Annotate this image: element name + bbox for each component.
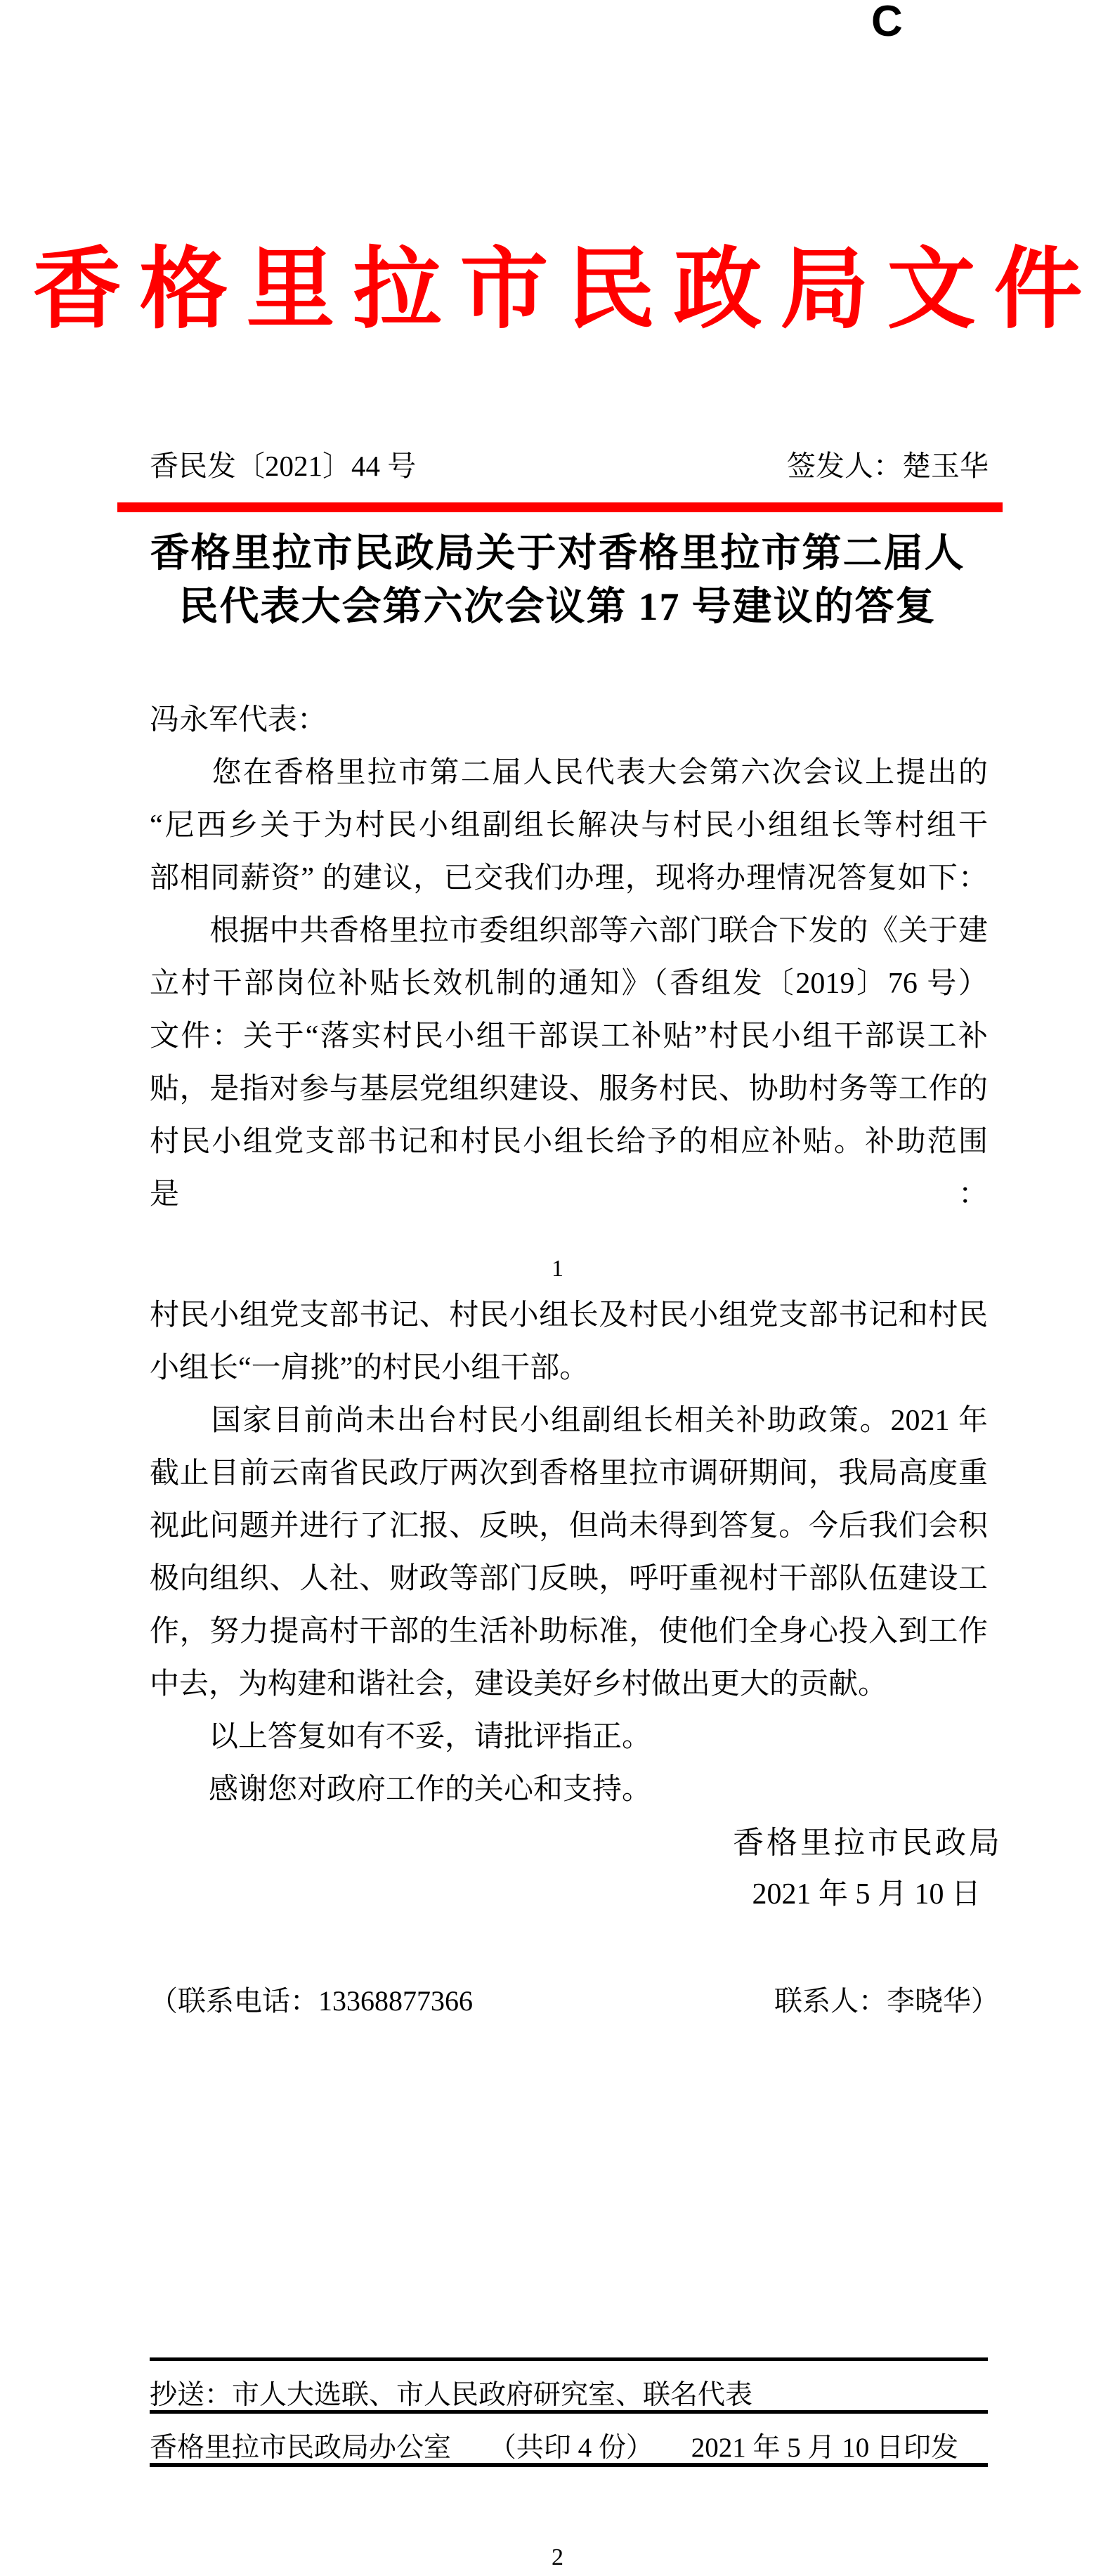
- red-divider-rule: [117, 502, 1003, 512]
- body-page2: 村民小组党支部书记、村民小组长及村民小组党支部书记和村民小组长“一肩挑”的村民小…: [150, 1289, 988, 1816]
- contact-person: 联系人：李晓华）: [774, 1983, 999, 2019]
- page-number-2: 2: [0, 2544, 1115, 2572]
- doc-number: 香民发〔2021〕44 号: [150, 447, 416, 485]
- document-title-line2: 民代表大会第六次会议第 17 号建议的答复: [0, 580, 1115, 634]
- body-line: 作，努力提高村干部的生活补助标准，使他们全身心投入到工作: [150, 1606, 988, 1658]
- print-date: 2021 年 5 月 10 日印发: [691, 2432, 988, 2464]
- doc-number-row: 香民发〔2021〕44 号 签发人：楚玉华: [150, 447, 989, 485]
- body-line: 中去，为构建和谐社会，建设美好乡村做出更大的贡献。: [150, 1658, 988, 1711]
- body-line: “尼西乡关于为村民小组副组长解决与村民小组组长等村组干: [150, 800, 988, 852]
- signature-org: 香格里拉市民政局: [150, 1824, 1003, 1862]
- body-line: 您在香格里拉市第二届人民代表大会第六次会议上提出的: [150, 747, 988, 800]
- document-title-line1: 香格里拉市民政局关于对香格里拉市第二届人: [0, 527, 1115, 580]
- body-line: 极向组织、人社、财政等部门反映，呼吁重视村干部队伍建设工: [150, 1553, 988, 1606]
- body-line: 小组长“一肩挑”的村民小组干部。: [150, 1342, 988, 1395]
- body-line: 视此问题并进行了汇报、反映，但尚未得到答复。今后我们会积: [150, 1500, 988, 1553]
- issuing-office: 香格里拉市民政局办公室: [150, 2432, 451, 2464]
- footer-rule-bottom: [150, 2463, 988, 2467]
- page-number-1: 1: [0, 1255, 1115, 1283]
- red-letterhead-title: 香格里拉市民政局文件: [0, 243, 1115, 339]
- body-line: 国家目前尚未出台村民小组副组长相关补助政策。2021 年: [150, 1395, 988, 1448]
- body-line: 以上答复如有不妥，请批评指正。: [150, 1711, 988, 1764]
- body-line: 文件：关于“落实村民小组干部误工补贴”村民小组干部误工补: [150, 1010, 988, 1063]
- body-page1: 冯永军代表： 您在香格里拉市第二届人民代表大会第六次会议上提出的“尼西乡关于为村…: [150, 694, 988, 1221]
- corner-mark: C: [871, 0, 903, 44]
- print-info-row: 香格里拉市民政局办公室 （共印 4 份） 2021 年 5 月 10 日印发: [150, 2432, 988, 2464]
- body-line: 立村干部岗位补贴长效机制的通知》（香组发〔2019〕76 号）: [150, 958, 988, 1010]
- contact-row: （联系电话：13368877366 联系人：李晓华）: [150, 1983, 999, 2019]
- body-line: 贴，是指对参与基层党组织建设、服务村民、协助村务等工作的: [150, 1063, 988, 1116]
- contact-phone: （联系电话：13368877366: [150, 1983, 473, 2019]
- signature-date: 2021 年 5 月 10 日: [150, 1876, 981, 1913]
- body-line: 部相同薪资” 的建议，已交我们办理，现将办理情况答复如下：: [150, 852, 988, 905]
- document-title: 香格里拉市民政局关于对香格里拉市第二届人 民代表大会第六次会议第 17 号建议的…: [0, 527, 1115, 634]
- issuer-label: 签发人：楚玉华: [787, 447, 989, 485]
- body-line: 根据中共香格里拉市委组织部等六部门联合下发的《关于建: [150, 905, 988, 958]
- cc-line: 抄送：市人大选联、市人民政府研究室、联名代表: [150, 2379, 988, 2412]
- footer-rule-middle: [150, 2410, 988, 2414]
- body-line: 村民小组党支部书记、村民小组长及村民小组党支部书记和村民: [150, 1289, 988, 1342]
- footer-rule-top: [150, 2357, 988, 2361]
- document-page: C 香格里拉市民政局文件 香民发〔2021〕44 号 签发人：楚玉华 香格里拉市…: [0, 0, 1115, 2576]
- body-line: 感谢您对政府工作的关心和支持。: [150, 1764, 988, 1816]
- body-line: 村民小组党支部书记和村民小组长给予的相应补贴。补助范围是：: [150, 1116, 988, 1221]
- body-line: 冯永军代表：: [150, 694, 988, 747]
- copies-count: （共印 4 份）: [489, 2432, 653, 2464]
- body-line: 截止目前云南省民政厅两次到香格里拉市调研期间，我局高度重: [150, 1448, 988, 1500]
